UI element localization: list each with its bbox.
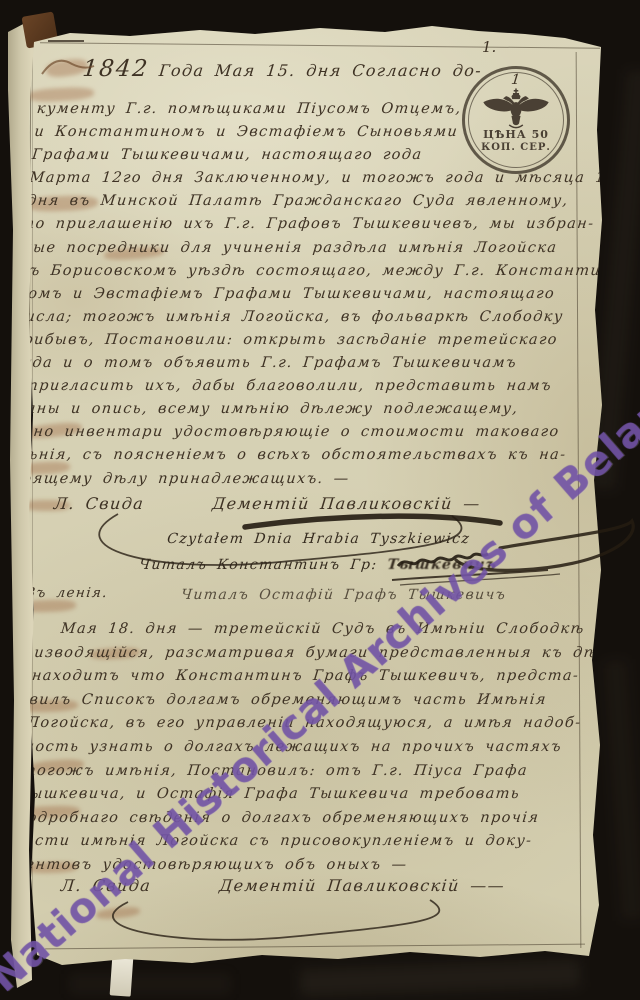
- manuscript-date-text: Года Мая 15. дня Согласно до-: [158, 61, 483, 80]
- manuscript-line: имѣнiя, съ поясненiемъ о всѣхъ обстоятел…: [0, 444, 562, 467]
- manuscript-line: числа; тогожъ имѣнiя Логойска, въ фольва…: [14, 306, 576, 329]
- signature-svida: Л. Свида: [53, 494, 145, 513]
- attestation-konstantin-text: Читалъ Константинъ Гр:: [138, 557, 378, 573]
- background-texture-streak: [70, 974, 230, 994]
- manuscript-date-line: 1842Года Мая 15. дня Согласно до-: [81, 56, 483, 82]
- ruled-border-bottom: [45, 944, 585, 950]
- attestation-konstantin: Читалъ Константинъ Гр: Тышкевичъ: [138, 557, 498, 573]
- manuscript-line: изводящiйся, разсматривая бумаги предста…: [33, 642, 595, 666]
- attestation-polish: Czytałem Dnia Hrabia Tyszkiewicz: [166, 531, 471, 547]
- paper-bottom-tab: [110, 955, 134, 996]
- attestation-ostafiy: Читалъ Остафiй Графъ Тышкевичъ: [180, 587, 507, 603]
- manuscript-line: и пригласить ихъ, дабы благоволили, пред…: [6, 375, 568, 398]
- manuscript-line: ные посредники для учиненiя раздѣла имѣн…: [21, 237, 583, 260]
- manuscript-line: въ Борисовскомъ уѣздѣ состоящаго, между …: [19, 260, 581, 283]
- manuscript-line: находитъ что Константинъ Графъ Тышкевичъ…: [31, 665, 593, 689]
- background-texture-streak: [300, 959, 581, 997]
- manuscript-line: прибывъ, Постановили: открыть засѣданiе …: [11, 329, 573, 352]
- manuscript-line: стоящему дѣлу принадлежащихъ. —: [0, 468, 559, 491]
- manuscript-line: ментовъ удостовѣряющихъ объ оныхъ —: [11, 854, 573, 878]
- opening-paragraph: кументу Г.г. помѣщиками Пiусомъ Отцемъ, …: [0, 98, 598, 491]
- ruled-border-top: [40, 42, 600, 48]
- manuscript-line: равно инвентари удостовѣряющiе о стоимос…: [2, 421, 564, 444]
- manuscript-line: Марта 12го дня Заключенному, и тогожъ го…: [28, 167, 590, 190]
- ink-bleed-mark: [96, 906, 141, 921]
- manuscript-line: дня въ Минской Палатѣ Гражданскаго Суда …: [26, 190, 588, 213]
- archival-scan: { "page": { "number": "1.", "stamp": { "…: [0, 0, 640, 1000]
- konstantin-signature-scribble: Тышкевичъ: [387, 557, 499, 573]
- signature-pavlikovsky: Дементiй Павликовскiй —: [143, 494, 481, 513]
- manuscript-line: ность узнать о долгахъ лежащихъ на прочи…: [23, 736, 585, 760]
- manuscript-page: 1. 1 ЦѢНА 50 КОП. СЕР. 1842Года Мая: [0, 0, 640, 1000]
- manuscript-line: по приглашенiю ихъ Г.г. Графовъ Тышкевич…: [23, 213, 585, 236]
- resolution-paragraph: Мая 18. дня — третейскiй Судъ въ Имѣнiи …: [11, 618, 598, 878]
- signature-pavlikovsky: Дементiй Павликовскiй ——: [150, 876, 506, 895]
- manuscript-line: номъ и Эвстафiемъ Графами Тышкевичами, н…: [16, 283, 578, 306]
- manuscript-line: вилъ Списокъ долгамъ обременяющимъ часть…: [28, 689, 590, 713]
- manuscript-line: подробнаго свѣденiя о долгахъ обременяющ…: [16, 807, 578, 831]
- manuscript-line: Мая 18. дня — третейскiй Судъ въ Имѣнiи …: [36, 618, 598, 642]
- signature-svida: Л. Свида: [60, 876, 152, 895]
- manuscript-line: кументу Г.г. помѣщиками Пiусомъ Отцемъ,: [36, 98, 598, 121]
- margin-note: Въ ленiя.: [24, 585, 109, 601]
- signature-row: Л. СвидаДементiй Павликовскiй —: [53, 494, 482, 513]
- manuscript-line: Тышкевича, и Остафiя Графа Тышкевича тре…: [18, 783, 580, 807]
- manuscript-line: Графами Тышкевичами, настоящаго года: [31, 144, 593, 167]
- manuscript-line: и Константиномъ и Эвстафiемъ Сыновьями: [33, 121, 595, 144]
- page-number: 1.: [482, 38, 496, 56]
- manuscript-line: тогожъ имѣнiя, Постановилъ: отъ Г.г. Пiу…: [21, 760, 583, 784]
- manuscript-line: части имѣнiя Логойска съ присовокупленiе…: [13, 830, 575, 854]
- manuscript-year: 1842: [81, 56, 160, 82]
- manuscript-line: Суда и о томъ объявить Г.г. Графамъ Тышк…: [9, 352, 571, 375]
- signature-row: Л. СвидаДементiй Павликовскiй ——: [60, 876, 506, 895]
- manuscript-line: Логойска, въ его управленiи находящуюся,…: [26, 712, 588, 736]
- background-texture-streak: [603, 659, 640, 920]
- manuscript-line: планы и опись, всему имѣнiю дѣлежу подле…: [4, 398, 566, 421]
